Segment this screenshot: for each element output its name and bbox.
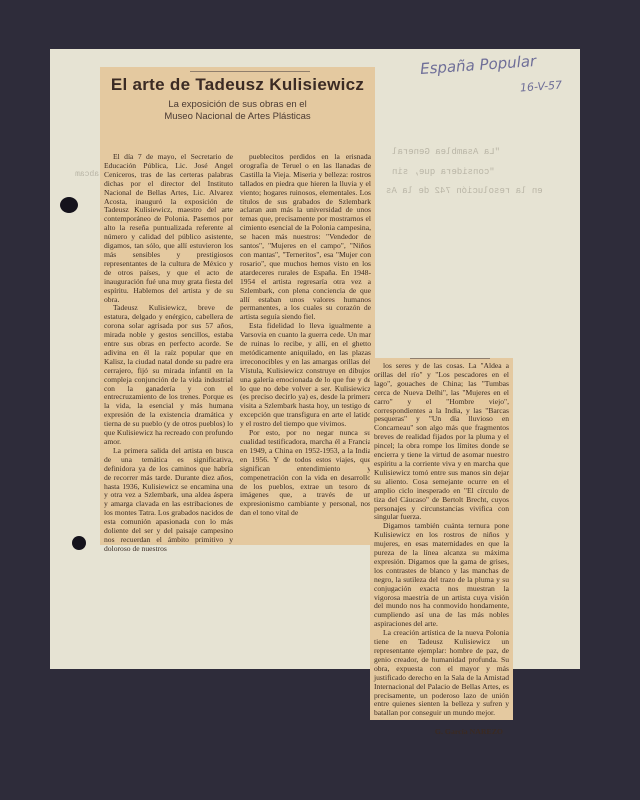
paragraph: pueblecitos perdidos en la erisnada orog…: [240, 153, 371, 322]
article-column-1: El día 7 de mayo, el Secretario de Educa…: [104, 153, 233, 554]
ghost-typed-line: "considera que, sin: [392, 167, 495, 177]
subtitle-line: La exposición de sus obras en el: [100, 99, 375, 111]
top-rule: [190, 71, 310, 72]
clipping-continuation: los seres y de las cosas. La "Aldea a or…: [370, 358, 513, 720]
article-column-3: los seres y de las cosas. La "Aldea a or…: [374, 362, 509, 737]
article-subtitle: La exposición de sus obras en el Museo N…: [100, 99, 375, 123]
ghost-typed-line: en la resolución 742 de la As: [386, 186, 543, 196]
punch-hole: [72, 536, 86, 550]
subtitle-line: Museo Nacional de Artes Plásticas: [100, 111, 375, 123]
author-signature: G. García NAREZO: [374, 728, 509, 737]
article-column-2: pueblecitos perdidos en la erisnada orog…: [240, 153, 371, 518]
paragraph: Esta fidelidad lo lleva igualmente a Var…: [240, 322, 371, 429]
paragraph: La primera salida del artista en busca d…: [104, 447, 233, 554]
ghost-typed-line: "La Asamblea General: [392, 147, 500, 157]
paragraph: Por esto, por no negar nunca su cualidad…: [240, 429, 371, 518]
paragraph: los seres y de las cosas. La "Aldea a or…: [374, 362, 509, 522]
article-title: El arte de Tadeusz Kulisiewicz: [100, 75, 375, 95]
paragraph: El día 7 de mayo, el Secretario de Educa…: [104, 153, 233, 304]
paragraph: La creación artística de la nueva Poloni…: [374, 629, 509, 718]
clipping-main: El arte de Tadeusz Kulisiewicz La exposi…: [100, 67, 375, 545]
paragraph: Digamos también cuánta ternura pone Kuli…: [374, 522, 509, 629]
ghost-typed-line: abcam: [75, 170, 99, 179]
paragraph: Tadeusz Kulisiewicz, breve de estatura, …: [104, 304, 233, 447]
punch-hole: [60, 197, 78, 213]
top-rule: [410, 358, 490, 359]
